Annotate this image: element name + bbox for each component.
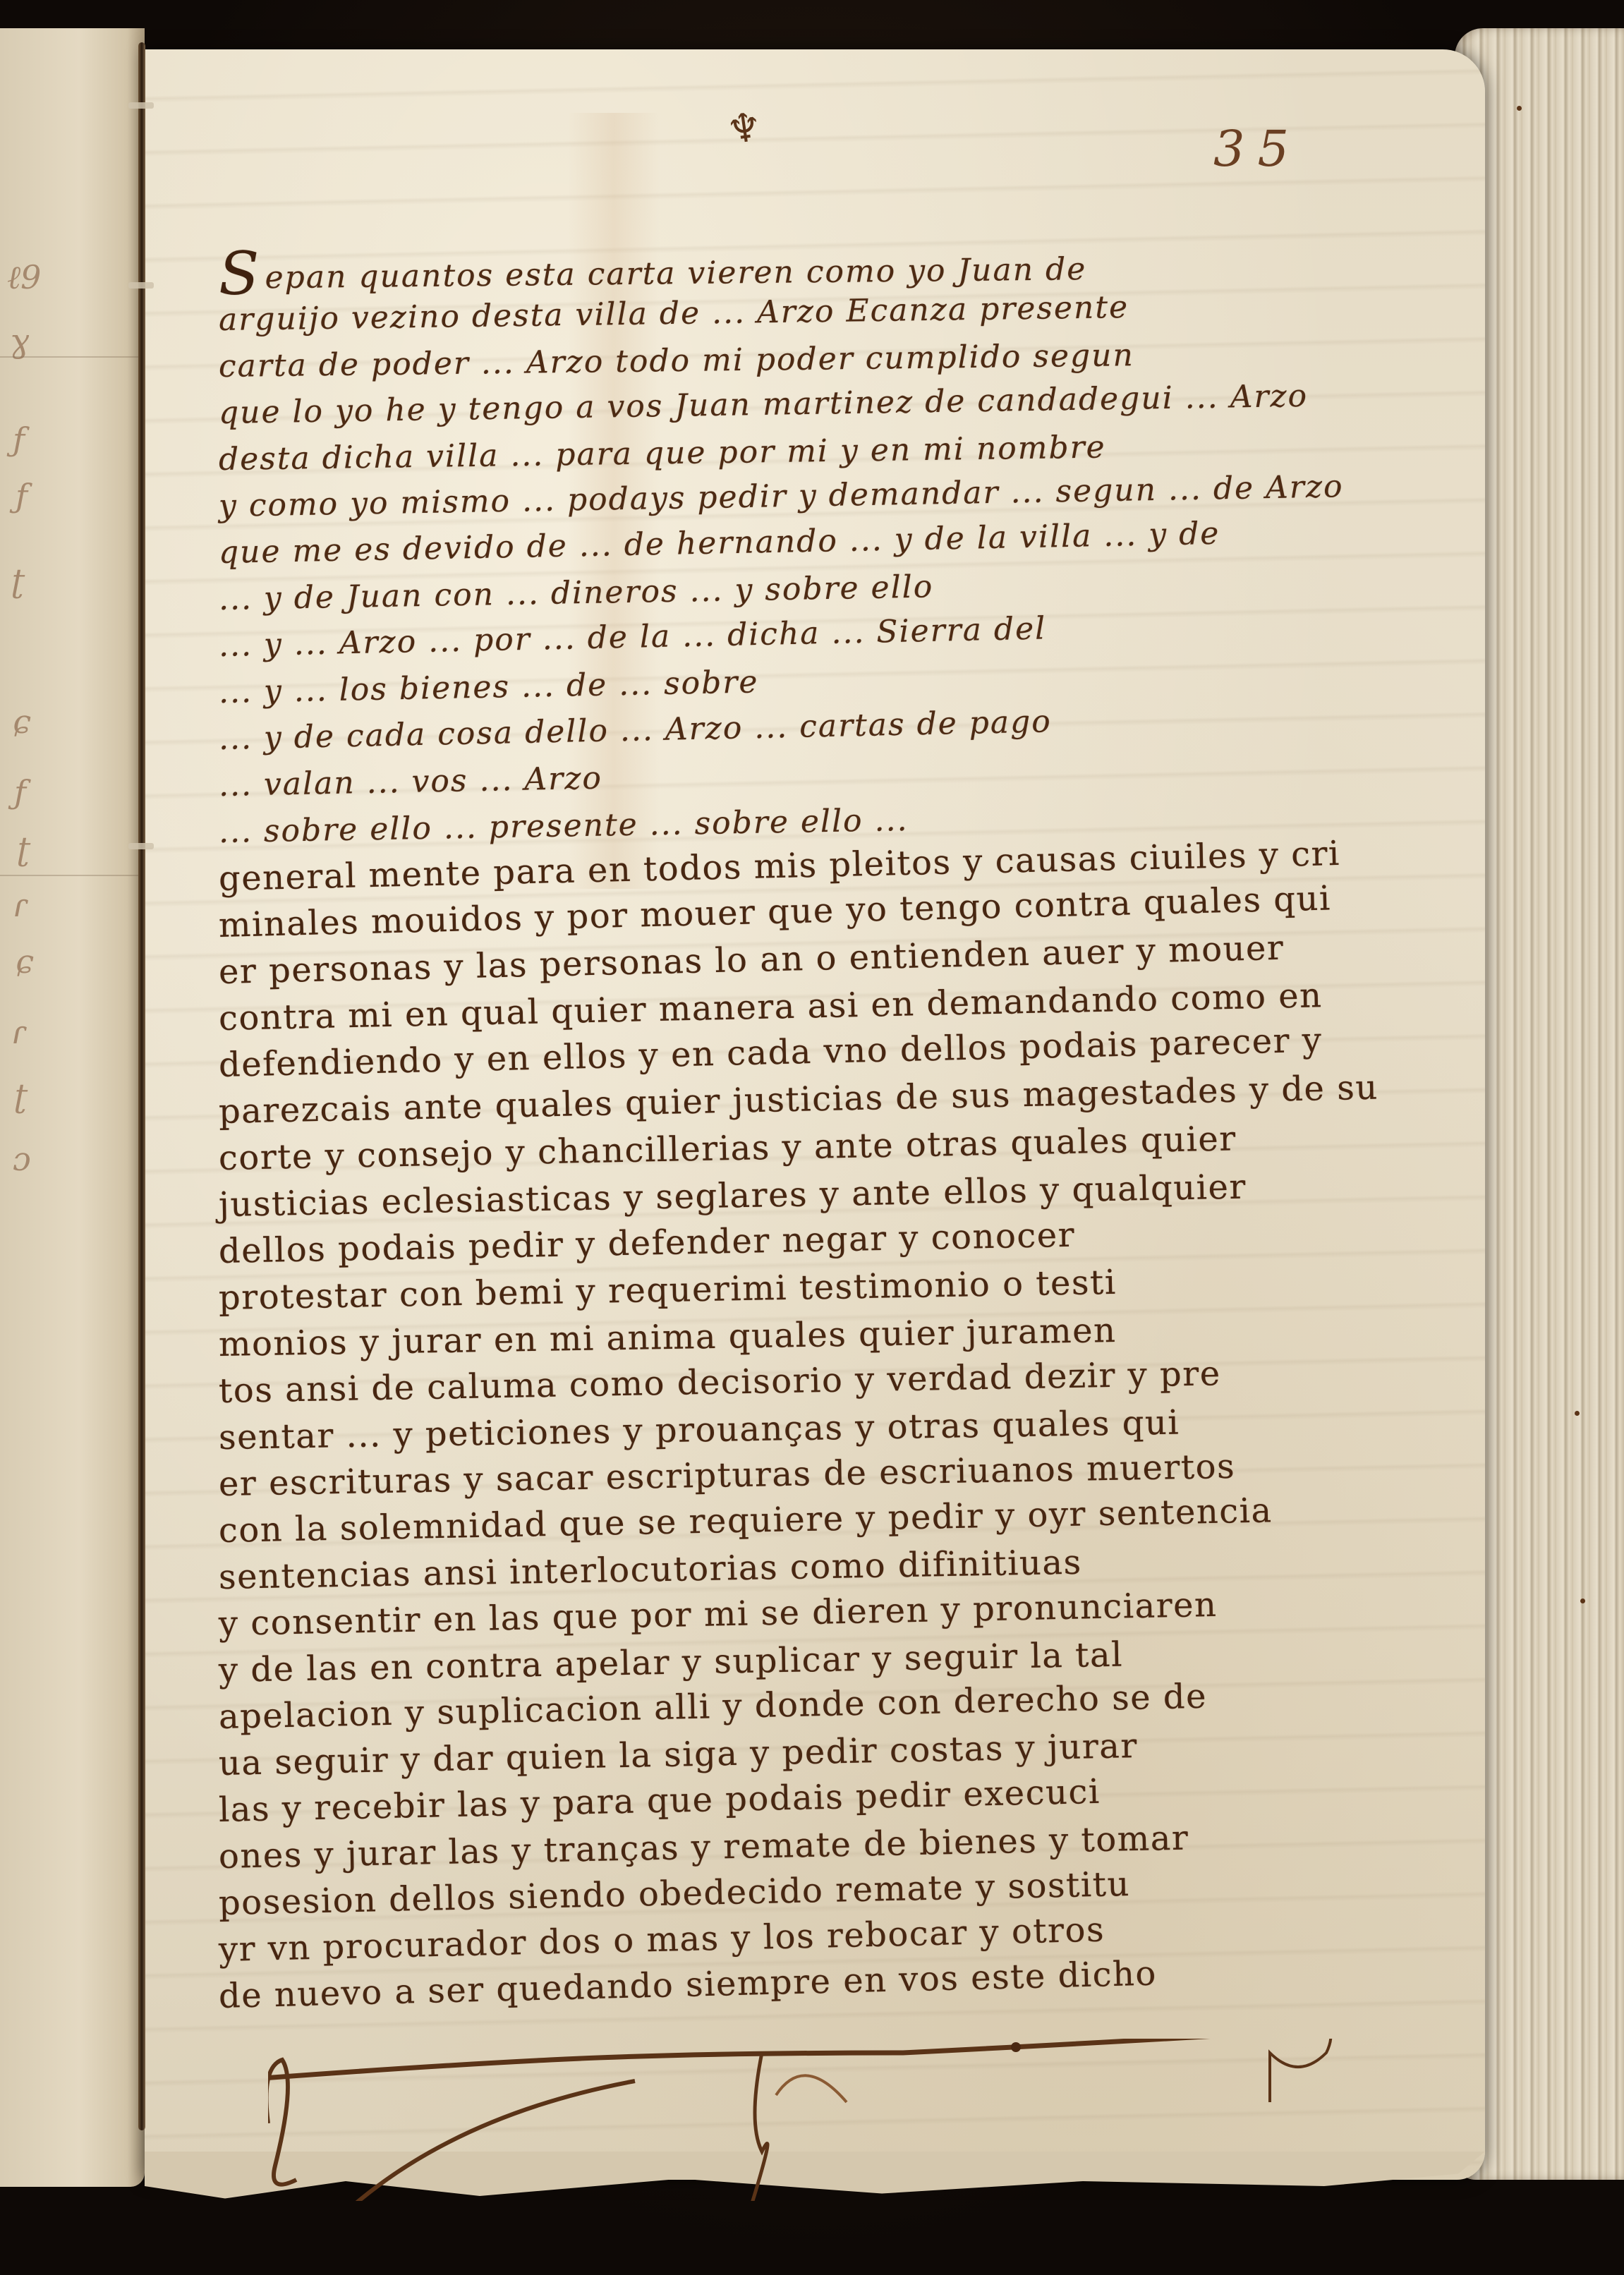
folio-number: 35 (1213, 120, 1302, 178)
ink-bleed-mark: ɕ (13, 705, 31, 738)
ink-bleed-mark: ƒ (16, 480, 28, 512)
ink-bleed-mark: ɾ (13, 889, 28, 921)
ink-bleed-mark: ʈ (14, 1079, 28, 1112)
rubric-flourish-icon (268, 2039, 1467, 2201)
ink-bleed-mark: ℓ9 (7, 261, 41, 293)
binding-stitch (128, 102, 154, 109)
paper-fold-line (0, 356, 145, 358)
ink-bleed-mark: ʈ (11, 564, 25, 597)
ink-bleed-mark: ƒ (13, 423, 25, 456)
ink-bleed-mark: ɣ (10, 324, 30, 357)
ink-bleed-mark: ɾ (11, 1016, 26, 1048)
signature-rubric (268, 2039, 1467, 2201)
margin-dot (1575, 1411, 1580, 1416)
paper-fold-line (0, 875, 145, 876)
manuscript-text: Sepan quantos esta carta vieren como yo … (219, 250, 1474, 2020)
ink-bleed-mark: ʈ (17, 832, 30, 865)
margin-dot (1517, 106, 1522, 111)
binding-stitch (128, 843, 154, 849)
binding-gutter (138, 42, 145, 2130)
margin-dot (1580, 1598, 1585, 1603)
binding-stitch (128, 282, 154, 289)
ink-bleed-mark: ɔ (13, 1143, 31, 1175)
ink-bleed-mark: ƒ (14, 776, 26, 808)
catchword-mark: ♆ (724, 104, 765, 154)
facing-page-edge: ℓ9 ɣ ƒ ƒ ʈ ɕ ƒ ʈ ɾ ɕ ɾ ʈ ɔ (0, 28, 145, 2187)
ink-bleed-mark: ɕ (16, 945, 34, 978)
